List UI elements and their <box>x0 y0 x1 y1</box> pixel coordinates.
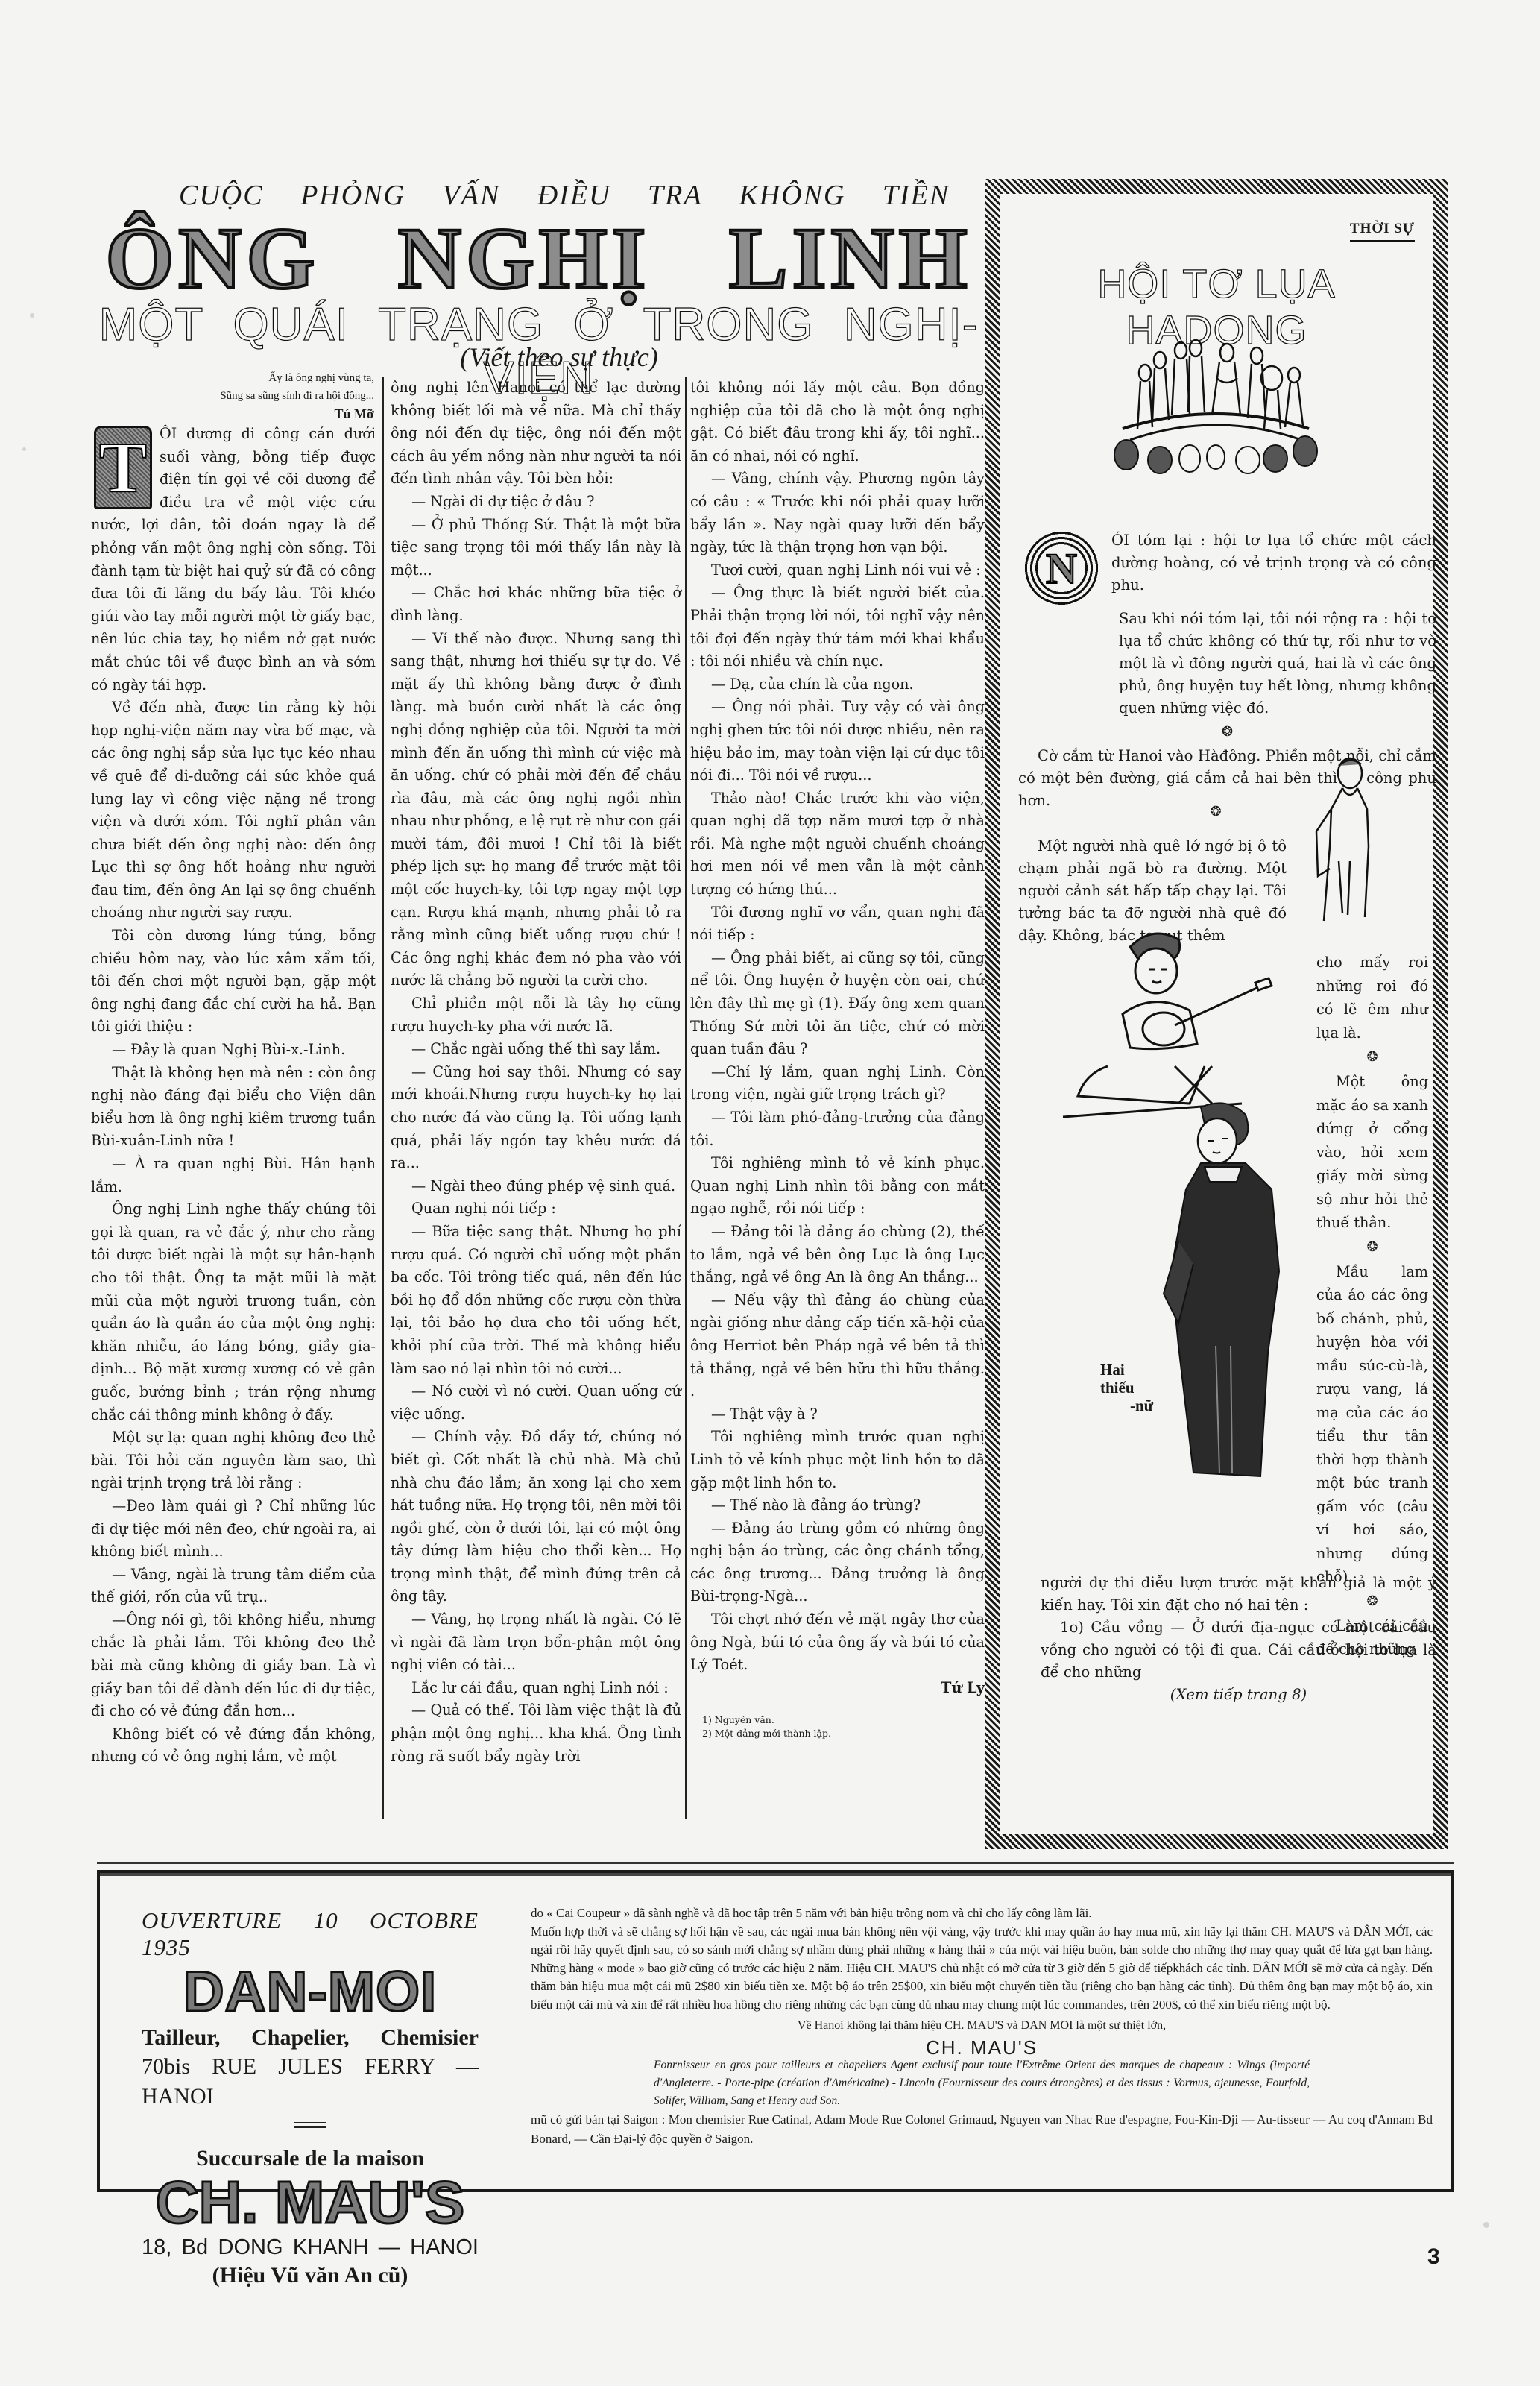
paragraph: Quan nghị nói tiếp : <box>391 1197 681 1221</box>
paragraph: Tươi cười, quan nghị Linh nói vui vẻ : <box>690 559 985 582</box>
illustration-caption: Hai thiếu -nữ <box>1100 1361 1153 1414</box>
ornament-icon: ❂ <box>1018 720 1436 745</box>
article-column-1: Ấy là ông nghị vùng ta, Sũng sa sũng sín… <box>91 369 376 1769</box>
epigraph-line: Sũng sa sũng sính đi ra hội đồng... <box>91 387 374 405</box>
standing-woman-aodai-illustration <box>1149 1100 1298 1480</box>
paragraph: — Ông phải biết, ai cũng sợ tôi, cũng nể… <box>690 947 985 1061</box>
advertisement-dan-moi: OUVERTURE 10 OCTOBRE 1935 DAN-MOI Taille… <box>97 1870 1454 2192</box>
scan-speck <box>1483 2222 1489 2228</box>
paragraph: Tôi còn đương lúng túng, bỗng chiều hôm … <box>91 925 376 1039</box>
paragraph: — Chính vậy. Đồ đầy tớ, chúng nó biết gì… <box>391 1426 681 1608</box>
ad-supplier-text: Fonrnisseur en gros pour tailleurs et ch… <box>654 2056 1310 2110</box>
paragraph: Thảo nào! Chắc trước khi vào viện, quan … <box>690 787 985 901</box>
article-subnote: (Viết theo sự thực) <box>395 341 723 373</box>
paragraph: — Ông thực là biết người biết của. Phải … <box>690 582 985 673</box>
ad-address-1: 70bis RUE JULES FERRY — HANOI <box>142 2052 479 2112</box>
ad-brand-ch-maus-small: CH. MAU'S <box>531 2039 1433 2057</box>
ad-opening-date: OUVERTURE 10 OCTOBRE 1935 <box>142 1907 479 1961</box>
divider-rule <box>97 1862 1454 1864</box>
paragraph: 1o) Cầu vồng — Ở dưới địa-ngục có một cá… <box>1041 1617 1436 1684</box>
ad-paragraph: Muốn hợp thời và sẽ chẳng sợ hối hận về … <box>531 1923 1433 2015</box>
epigraph-author: Tú Mỡ <box>91 405 374 423</box>
paragraph: Thật là không hẹn mà nên : còn ông nghị … <box>91 1062 376 1153</box>
page-number: 3 <box>1427 2244 1440 2270</box>
ad-address-2: 18, Bd DONG KHANH — HANOI <box>142 2234 479 2261</box>
ad-brand-dan-moi: DAN-MOI <box>142 1961 479 2024</box>
column-divider <box>382 377 384 1819</box>
dropcap-t: T <box>94 426 152 509</box>
column-divider <box>685 377 687 1819</box>
paragraph: — Ngài đi dự tiệc ở đâu ? <box>391 491 681 514</box>
paragraph: Tôi đương nghĩ vơ vẩn, quan nghị đã nói … <box>690 901 985 947</box>
dropcap-n: N <box>1023 529 1100 607</box>
paragraph: — Đây là quan Nghị Bùi-x.-Linh. <box>91 1039 376 1062</box>
farmer-illustration <box>1309 757 1376 928</box>
sidebar-intro: ÓI tóm lại : hội tơ lụa tổ chức một cách… <box>1111 529 1436 596</box>
paragraph: —Chí lý lắm, quan nghị Linh. Còn trong v… <box>690 1061 985 1107</box>
dropcap-letter: T <box>96 428 150 507</box>
scan-speck <box>30 313 34 318</box>
paragraph: — Cũng hơi say thôi. Nhưng có say mới kh… <box>391 1061 681 1175</box>
paragraph: — Chắc ngài uống thế thì say lắm. <box>391 1038 681 1061</box>
paragraph: — Vâng, họ trọng nhất là ngài. Có lẽ vì … <box>391 1608 681 1677</box>
paragraph: — Ở phủ Thống Sứ. Thật là một bữa tiệc s… <box>391 514 681 582</box>
epigraph-line: Ấy là ông nghị vùng ta, <box>91 369 374 387</box>
paragraph: — Bữa tiệc sang thật. Nhưng họ phí rượu … <box>391 1221 681 1380</box>
paragraph: Mầu lam của áo các ông bố chánh, phủ, hu… <box>1316 1260 1428 1589</box>
ad-trades: Tailleur, Chapelier, Chemisier <box>142 2024 479 2052</box>
paragraph: — Dạ, của chín là của ngon. <box>690 673 985 696</box>
sidebar-body-3: người dự thi diễu lượn trước mặt khán gi… <box>1041 1572 1436 1706</box>
ad-brand-ch-maus: CH. MAU'S <box>142 2171 479 2234</box>
ornament-icon: ❂ <box>1316 1235 1428 1260</box>
paragraph: — À ra quan nghị Bùi. Hân hạnh lắm. <box>91 1153 376 1198</box>
dropcap-letter: N <box>1038 545 1085 591</box>
article-headline: ÔNG NGHỊ LINH <box>89 210 988 307</box>
paragraph: — Ví thế nào được. Nhưng sang thì sang t… <box>391 628 681 993</box>
article-signature: Tứ Ly <box>690 1677 985 1700</box>
paragraph: Lắc lư cái đầu, quan nghị Linh nói : <box>391 1677 681 1700</box>
paragraph: — Đảng áo trùng gồm có những ông nghị bậ… <box>690 1517 985 1608</box>
footnote: 1) Nguyên văn. <box>702 1713 973 1727</box>
paragraph: Tôi chợt nhớ đến vẻ mặt ngây thơ của ông… <box>690 1608 985 1677</box>
paragraph: Một sự lạ: quan nghị không đeo thẻ bài. … <box>91 1426 376 1495</box>
paragraph: tôi không nói lấy một câu. Bọn đồng nghi… <box>690 377 985 468</box>
ad-separator <box>294 2122 326 2128</box>
paragraph: Sau khi nói tóm lại, tôi nói rộng ra : h… <box>1018 608 1436 720</box>
paragraph: Tôi nghiêng mình trước quan nghị Linh tỏ… <box>690 1426 985 1494</box>
ad-brand-block: OUVERTURE 10 OCTOBRE 1935 DAN-MOI Taille… <box>142 1907 479 2291</box>
ad-former-name: (Hiệu Vũ văn An cũ) <box>142 2261 479 2291</box>
paragraph: cho mấy roi những roi đó có lẽ êm như lụ… <box>1316 951 1428 1045</box>
paragraph: — Ngài theo đúng phép vệ sinh quá. <box>391 1175 681 1198</box>
ad-body: do « Cai Coupeur » đã sành nghề và đã họ… <box>531 1904 1433 2149</box>
caption-line: Hai <box>1100 1361 1153 1379</box>
caption-line: thiếu <box>1100 1379 1153 1397</box>
paragraph: — Nếu vậy thì đảng áo chùng của ngài giố… <box>690 1289 985 1403</box>
paragraph: — Đảng tôi là đảng áo chùng (2), thế to … <box>690 1221 985 1289</box>
paragraph: — Nó cười vì nó cười. Quan uống cứ việc … <box>391 1380 681 1426</box>
paragraph: Về đến nhà, được tin rằng kỳ hội họp ngh… <box>91 696 376 925</box>
paragraph: Ông nghị Linh nghe thấy chúng tôi gọi là… <box>91 1198 376 1426</box>
paragraph: — Thật vậy à ? <box>690 1403 985 1426</box>
paragraph: Tôi nghiêng mình tỏ vẻ kính phục. Quan n… <box>690 1152 985 1221</box>
paragraph: ông nghị lên Hanoi có thể lạc đường khôn… <box>391 377 681 491</box>
continued-link[interactable]: (Xem tiếp trang 8) <box>1041 1684 1436 1706</box>
paragraph: — Chắc hơi khác những bữa tiệc ở đình là… <box>391 582 681 627</box>
sidebar-thoi-su: THỜI SỰ HỘI TƠ LỤA HADONG <box>985 179 1448 1849</box>
footnotes: 1) Nguyên văn. 2) Một đảng mới thành lập… <box>690 1713 973 1740</box>
paragraph: Không biết có vẻ đứng đắn không, nhưng c… <box>91 1723 376 1769</box>
paragraph: —Đeo làm quái gì ? Chỉ những lúc đi dự t… <box>91 1495 376 1564</box>
paragraph: — Vâng, chính vậy. Phương ngôn tây có câ… <box>690 468 985 558</box>
paragraph: ÓI tóm lại : hội tơ lụa tổ chức một cách… <box>1111 529 1436 596</box>
footnote-rule <box>690 1710 761 1710</box>
ad-paragraph: do « Cai Coupeur » đã sành nghề và đã họ… <box>531 1904 1433 1923</box>
paragraph: —Ông nói gì, tôi không hiểu, nhưng chắc … <box>91 1609 376 1723</box>
epigraph: Ấy là ông nghị vùng ta, Sũng sa sũng sín… <box>91 369 376 423</box>
article-kicker: CUỘC PHỎNG VẤN ĐIỀU TRA KHÔNG TIỀN KHOÁN… <box>179 179 988 212</box>
paragraph: Chỉ phiền một nỗi là tây họ cũng rượu hu… <box>391 992 681 1038</box>
paragraph: — Tôi làm phó-đảng-trưởng của đảng tôi. <box>690 1107 985 1152</box>
footnote: 2) Một đảng mới thành lập. <box>702 1727 973 1740</box>
scan-speck <box>22 447 26 451</box>
paragraph: Một ông mặc áo sa xanh đứng ở cổng vào, … <box>1316 1070 1428 1235</box>
article-column-3: tôi không nói lấy một câu. Bọn đồng nghi… <box>690 377 985 1740</box>
ornament-icon: ❂ <box>1316 1045 1428 1070</box>
paragraph: — Thế nào là đảng áo trùng? <box>690 1494 985 1517</box>
ornament-icon: ❂ <box>1201 799 1231 825</box>
seated-woman-guitar-illustration <box>1041 917 1287 1118</box>
paragraph: — Quả có thế. Tôi làm việc thật là đủ ph… <box>391 1699 681 1768</box>
section-label: THỜI SỰ <box>1350 221 1415 242</box>
caption-line: -nữ <box>1100 1397 1153 1414</box>
sidebar-narrow-1: cho mấy roi những roi đó có lẽ êm như lụ… <box>1316 951 1428 1661</box>
paragraph: — Ông nói phải. Tuy vậy có vài ông nghị … <box>690 696 985 787</box>
ad-saigon-dealers: mũ có gửi bán tại Saigon : Mon chemisier… <box>531 2110 1433 2149</box>
crowd-bridge-illustration <box>1108 332 1324 481</box>
ad-branch-of: Succursale de la maison <box>142 2146 479 2171</box>
paragraph: — Vâng, ngài là trung tâm điểm của thế g… <box>91 1564 376 1609</box>
article-column-2: ông nghị lên Hanoi có thể lạc đường khôn… <box>391 377 681 1768</box>
paragraph: người dự thi diễu lượn trước mặt khán gi… <box>1041 1572 1436 1617</box>
ad-closing: Về Hanoi không lại thăm hiệu CH. MAU'S v… <box>531 2017 1433 2036</box>
